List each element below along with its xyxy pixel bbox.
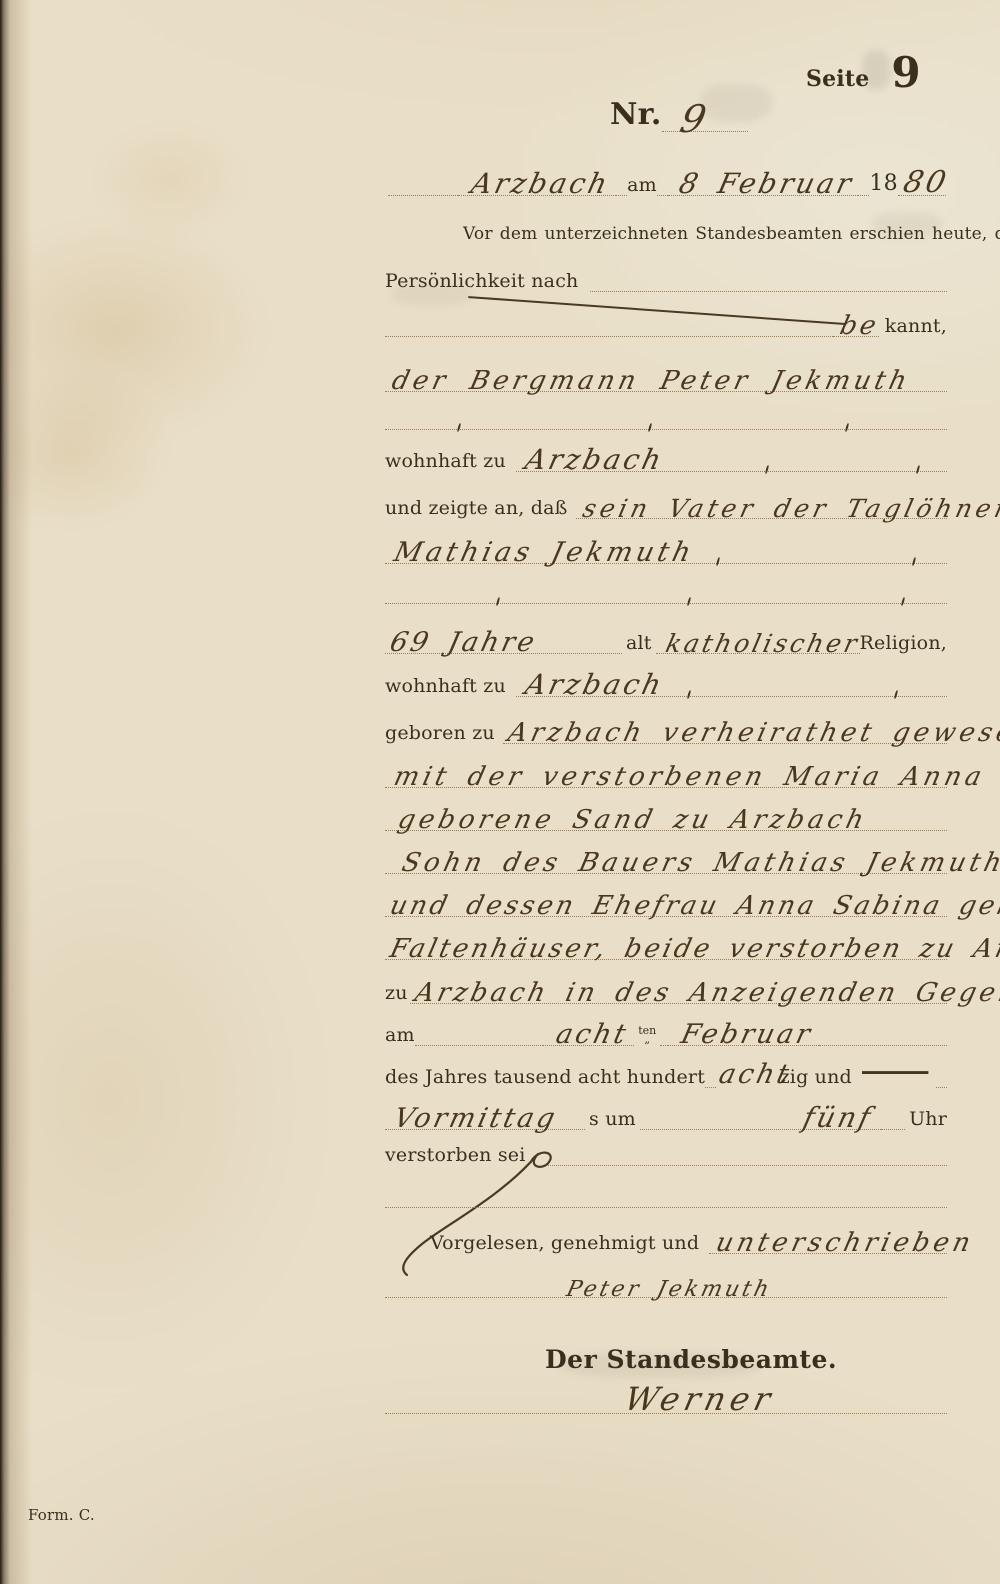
spouse-line-1: mit der verstorbenen Maria Anna: [385, 746, 947, 788]
parents-line-1: Sohn des Bauers Mathias Jekmuth: [385, 832, 947, 874]
residence-rule-1: Arzbach: [516, 443, 947, 472]
death-date-line: am acht ten „ Februar: [385, 1004, 947, 1046]
day-month-handwritten: 8 Februar: [668, 167, 865, 200]
declarant-handwritten: der Bergmann Peter Jekmuth: [385, 366, 914, 396]
age-religion-line: 69 Jahre alt katholischer Religion,: [385, 612, 947, 654]
residence-handwritten-2: Arzbach: [516, 668, 667, 701]
comma-tick: [648, 423, 652, 432]
registrar-signature-line: Werner: [385, 1368, 947, 1414]
zu-label: zu: [385, 982, 408, 1004]
age-rule: 69 Jahre: [385, 627, 622, 654]
dateline-year-rule: 80: [898, 165, 946, 196]
daytime-rule: Vormittag: [385, 1103, 585, 1130]
dateline-rule-2: [616, 195, 627, 196]
death-place-line: zu Arzbach in des Anzeigenden Gegenwart: [385, 962, 947, 1004]
parents-line-2: und dessen Ehefrau Anna Sabina geborene: [385, 875, 947, 917]
declaration-handwritten: sein Vater der Taglöhner: [576, 494, 1000, 523]
residence-handwritten-1: Arzbach: [516, 443, 667, 476]
declarant-line: der Bergmann Peter Jekmuth: [385, 350, 947, 392]
spouse-handwritten-1: mit der verstorbenen Maria Anna: [385, 762, 988, 792]
geboren-label: geboren zu: [385, 722, 495, 744]
am-label-2: am: [385, 1024, 415, 1046]
bekannt-hand-rule: be: [833, 311, 879, 337]
registrar-signature-handwritten: Werner: [561, 1380, 779, 1418]
dateline: Arzbach am 8 Februar 18 80: [388, 152, 946, 196]
birthplace-rule: Arzbach verheirathet gewesen: [503, 718, 947, 744]
comma-tick: [901, 597, 905, 606]
ordinal-suffix: ten „: [638, 1026, 656, 1044]
death-year-hand-wrap: acht: [716, 1059, 779, 1088]
blank-line-above-vorgelesen: [385, 1196, 947, 1208]
nr-rule: 9: [662, 97, 748, 132]
father-name-handwritten: Mathias Jekmuth: [385, 537, 698, 568]
intro-text-1: Vor dem unterzeichneten Standesbeamten e…: [463, 224, 947, 244]
ticked-rule-1: [385, 429, 947, 430]
seite-label: Seite: [806, 66, 869, 92]
spouse-line-2: geborene Sand zu Arzbach: [385, 789, 947, 831]
death-time-line: Vormittag s um fünf Uhr: [385, 1088, 947, 1130]
hour-rule: fünf: [640, 1101, 881, 1130]
page-number-header: Seite 9: [806, 44, 956, 92]
wohnhaft-label-1: wohnhaft zu: [385, 450, 506, 472]
comma-tick: [916, 465, 920, 474]
death-record-page: Seite 9 Nr. 9 Arzbach am 8 Februar 18 80…: [0, 0, 1000, 1584]
blank-ticked-line-1: [385, 418, 947, 430]
age-handwritten: 69 Jahre: [385, 627, 540, 658]
dateline-rule-4: [858, 195, 869, 196]
seite-number: 9: [891, 54, 920, 92]
death-day-rule: acht: [543, 1019, 634, 1046]
declaration-line: und zeigte an, daß sein Vater der Taglöh…: [385, 479, 947, 519]
spouse-rule-2: geborene Sand zu Arzbach: [385, 805, 947, 831]
comma-tick: [715, 557, 719, 566]
dateline-place-rule: Arzbach: [458, 167, 616, 196]
zeigte-label: und zeigte an, daß: [385, 497, 568, 519]
um-label: s um: [589, 1108, 636, 1130]
residence-line-declarant: wohnhaft zu Arzbach: [385, 432, 947, 472]
declarant-signature-rule: Peter Jekmuth: [385, 1277, 947, 1298]
intro-line-2: Persönlichkeit nach: [385, 258, 947, 292]
uhr-label: Uhr: [909, 1108, 947, 1130]
parents-rule-1: Sohn des Bauers Mathias Jekmuth: [385, 848, 947, 874]
comma-tick: [845, 423, 849, 432]
parents-handwritten-1: Sohn des Bauers Mathias Jekmuth: [385, 848, 1000, 878]
declarant-rule: der Bergmann Peter Jekmuth: [385, 366, 947, 392]
dash-handwritten: —: [858, 1056, 932, 1085]
comma-tick: [496, 597, 500, 606]
comma-tick: [912, 557, 916, 566]
form-designation: Form. C.: [28, 1500, 148, 1524]
year-label: des Jahres tausend acht hundert: [385, 1066, 705, 1088]
death-year-handwritten: acht: [716, 1059, 795, 1090]
nr-label: Nr.: [610, 97, 662, 132]
blank-rule: [385, 1207, 947, 1208]
spouse-handwritten-2: geborene Sand zu Arzbach: [385, 805, 871, 835]
persoenlichkeit-label: Persönlichkeit nach: [385, 270, 578, 292]
blank-ticked-line-2: [385, 592, 947, 604]
nr-value-handwritten: 9: [676, 97, 713, 141]
alt-label: alt: [626, 632, 652, 654]
place-handwritten: Arzbach: [458, 167, 623, 200]
year-handwritten: 80: [898, 165, 954, 200]
comma-tick: [457, 423, 461, 432]
am-label: am: [627, 174, 657, 196]
be-handwritten: be: [833, 311, 886, 341]
intro-line-1: Vor dem unterzeichneten Standesbeamten e…: [463, 212, 947, 244]
birthplace-handwritten: Arzbach verheirathet gewesen: [503, 718, 1000, 748]
residence-line-deceased: wohnhaft zu Arzbach: [385, 657, 947, 697]
comma-tick: [687, 690, 691, 699]
form-label: Form. C.: [28, 1506, 95, 1524]
death-month-rule: Februar: [668, 1019, 819, 1046]
comma-tick: [765, 465, 769, 474]
ticked-rule-2: [385, 603, 947, 604]
dateline-rule-3: [657, 195, 668, 196]
ordinal-mark: „: [644, 1035, 650, 1044]
father-name-rule: Mathias Jekmuth: [385, 537, 947, 564]
year-printed: 18: [869, 171, 897, 196]
parents-rule-3: Faltenhäuser, beide verstorben zu Arzbac…: [385, 934, 947, 960]
parents-line-3: Faltenhäuser, beide verstorben zu Arzbac…: [385, 918, 947, 960]
parents-rule-2: und dessen Ehefrau Anna Sabina geborene: [385, 891, 947, 917]
comma-tick: [894, 690, 898, 699]
verstorben-rule: [542, 1165, 947, 1166]
comma-tick: [687, 597, 691, 606]
parents-handwritten-2: und dessen Ehefrau Anna Sabina geborene: [385, 891, 1000, 921]
religion-rule: katholischer: [656, 629, 860, 654]
wohnhaft-label-2: wohnhaft zu: [385, 675, 506, 697]
spouse-rule-1: mit der verstorbenen Maria Anna: [385, 762, 947, 788]
vorgelesen-line: Vorgelesen, genehmigt und unterschrieben: [430, 1212, 947, 1254]
religion-handwritten: katholischer: [663, 629, 867, 658]
death-place-rule: Arzbach in des Anzeigenden Gegenwart: [410, 978, 947, 1004]
bekannt-rule: [385, 336, 833, 337]
dash-wrap: —: [852, 1059, 936, 1088]
vorgelesen-label: Vorgelesen, genehmigt und: [430, 1232, 699, 1254]
birthplace-line: geboren zu Arzbach verheirathet gewesen: [385, 702, 947, 744]
unterschrieben-handwritten: unterschrieben: [709, 1228, 977, 1258]
religion-label: Religion,: [860, 632, 947, 654]
unterschrieben-rule: unterschrieben: [709, 1228, 947, 1254]
declaration-rule: sein Vater der Taglöhner: [576, 494, 947, 519]
dateline-daymonth-rule: 8 Februar: [668, 167, 858, 196]
record-number-line: Nr. 9: [610, 86, 760, 132]
declarant-signature-line: Peter Jekmuth: [385, 1256, 947, 1298]
residence-rule-2: Arzbach: [516, 668, 947, 697]
father-name-line: Mathias Jekmuth: [385, 522, 947, 564]
declarant-signature-handwritten: Peter Jekmuth: [564, 1277, 774, 1302]
bekannt-line: be kannt,: [385, 303, 947, 337]
death-year-line: des Jahres tausend acht hundert acht zig…: [385, 1046, 947, 1088]
registrar-signature-rule: Werner: [385, 1380, 947, 1414]
dateline-rule-left: [388, 195, 458, 196]
kannt-label: kannt,: [885, 315, 947, 337]
parents-handwritten-3: Faltenhäuser, beide verstorben zu Arzbac…: [385, 934, 1000, 964]
identity-blank-rule: [590, 291, 947, 292]
